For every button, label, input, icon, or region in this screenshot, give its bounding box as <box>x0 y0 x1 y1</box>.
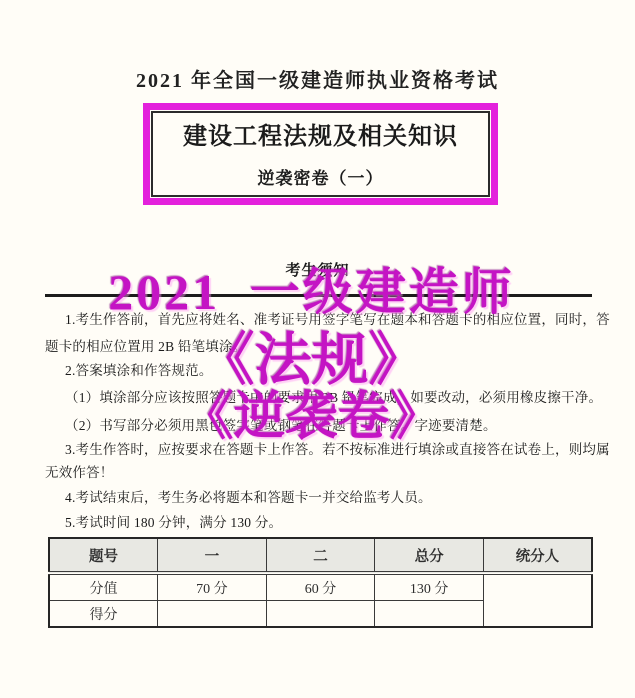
earned-score-cell <box>158 601 267 628</box>
tally-person-cell <box>483 573 592 627</box>
score-value-cell: 130 分 <box>375 573 484 601</box>
header-section-one: 一 <box>158 538 267 573</box>
score-value-cell: 70 分 <box>158 573 267 601</box>
notice-line: 5.考试时间 180 分钟，满分 130 分。 <box>45 511 625 531</box>
header-question-number: 题号 <box>49 538 158 573</box>
notice-line: 题卡的相应位置用 2B 铅笔填涂。 <box>45 335 605 355</box>
score-value-cell: 60 分 <box>266 573 375 601</box>
notice-line: 3.考生作答时，应按要求在答题卡上作答。若不按标准进行填涂或直接答在试卷上，则均… <box>45 438 625 458</box>
notice-line: （2）书写部分必须用黑色签字笔或钢笔在答题卡上作答。字迹要清楚。 <box>45 414 625 434</box>
score-value-row: 分值 70 分 60 分 130 分 <box>49 573 592 601</box>
score-table: 题号 一 二 总分 统分人 分值 70 分 60 分 130 分 得分 <box>48 537 593 628</box>
earned-row-label: 得分 <box>49 601 158 628</box>
notice-line: 4.考试结束后，考生务必将题本和答题卡一并交给监考人员。 <box>45 486 625 506</box>
subject-title: 建设工程法规及相关知识 <box>183 116 458 151</box>
notice-divider-line <box>45 294 592 297</box>
notice-line: （1）填涂部分应该按照答题卡中的要求用 2B 铅笔完成，如要改动，必须用橡皮擦干… <box>45 386 625 406</box>
notice-line: 1.考生作答前，首先应将姓名、准考证号用签字笔写在题本和答题卡的相应位置，同时，… <box>45 308 625 328</box>
earned-score-cell <box>375 601 484 628</box>
notice-line: 2.答案填涂和作答规范。 <box>45 359 625 379</box>
score-row-label: 分值 <box>49 573 158 601</box>
exam-title-box: 建设工程法规及相关知识 逆袭密卷（一） <box>143 103 498 205</box>
notice-heading: 考生须知 <box>0 259 635 280</box>
score-table-header-row: 题号 一 二 总分 统分人 <box>49 538 592 573</box>
exam-title-box-inner-frame: 建设工程法规及相关知识 逆袭密卷（一） <box>151 111 490 197</box>
header-section-two: 二 <box>266 538 375 573</box>
exam-paper-page: 2021 年全国一级建造师执业资格考试 建设工程法规及相关知识 逆袭密卷（一） … <box>0 0 635 698</box>
header-tally-person: 统分人 <box>483 538 592 573</box>
notice-line: 无效作答！ <box>45 461 605 481</box>
exam-header-title: 2021 年全国一级建造师执业资格考试 <box>0 64 635 93</box>
earned-score-cell <box>266 601 375 628</box>
header-total-score: 总分 <box>375 538 484 573</box>
paper-volume-subtitle: 逆袭密卷（一） <box>258 164 384 189</box>
